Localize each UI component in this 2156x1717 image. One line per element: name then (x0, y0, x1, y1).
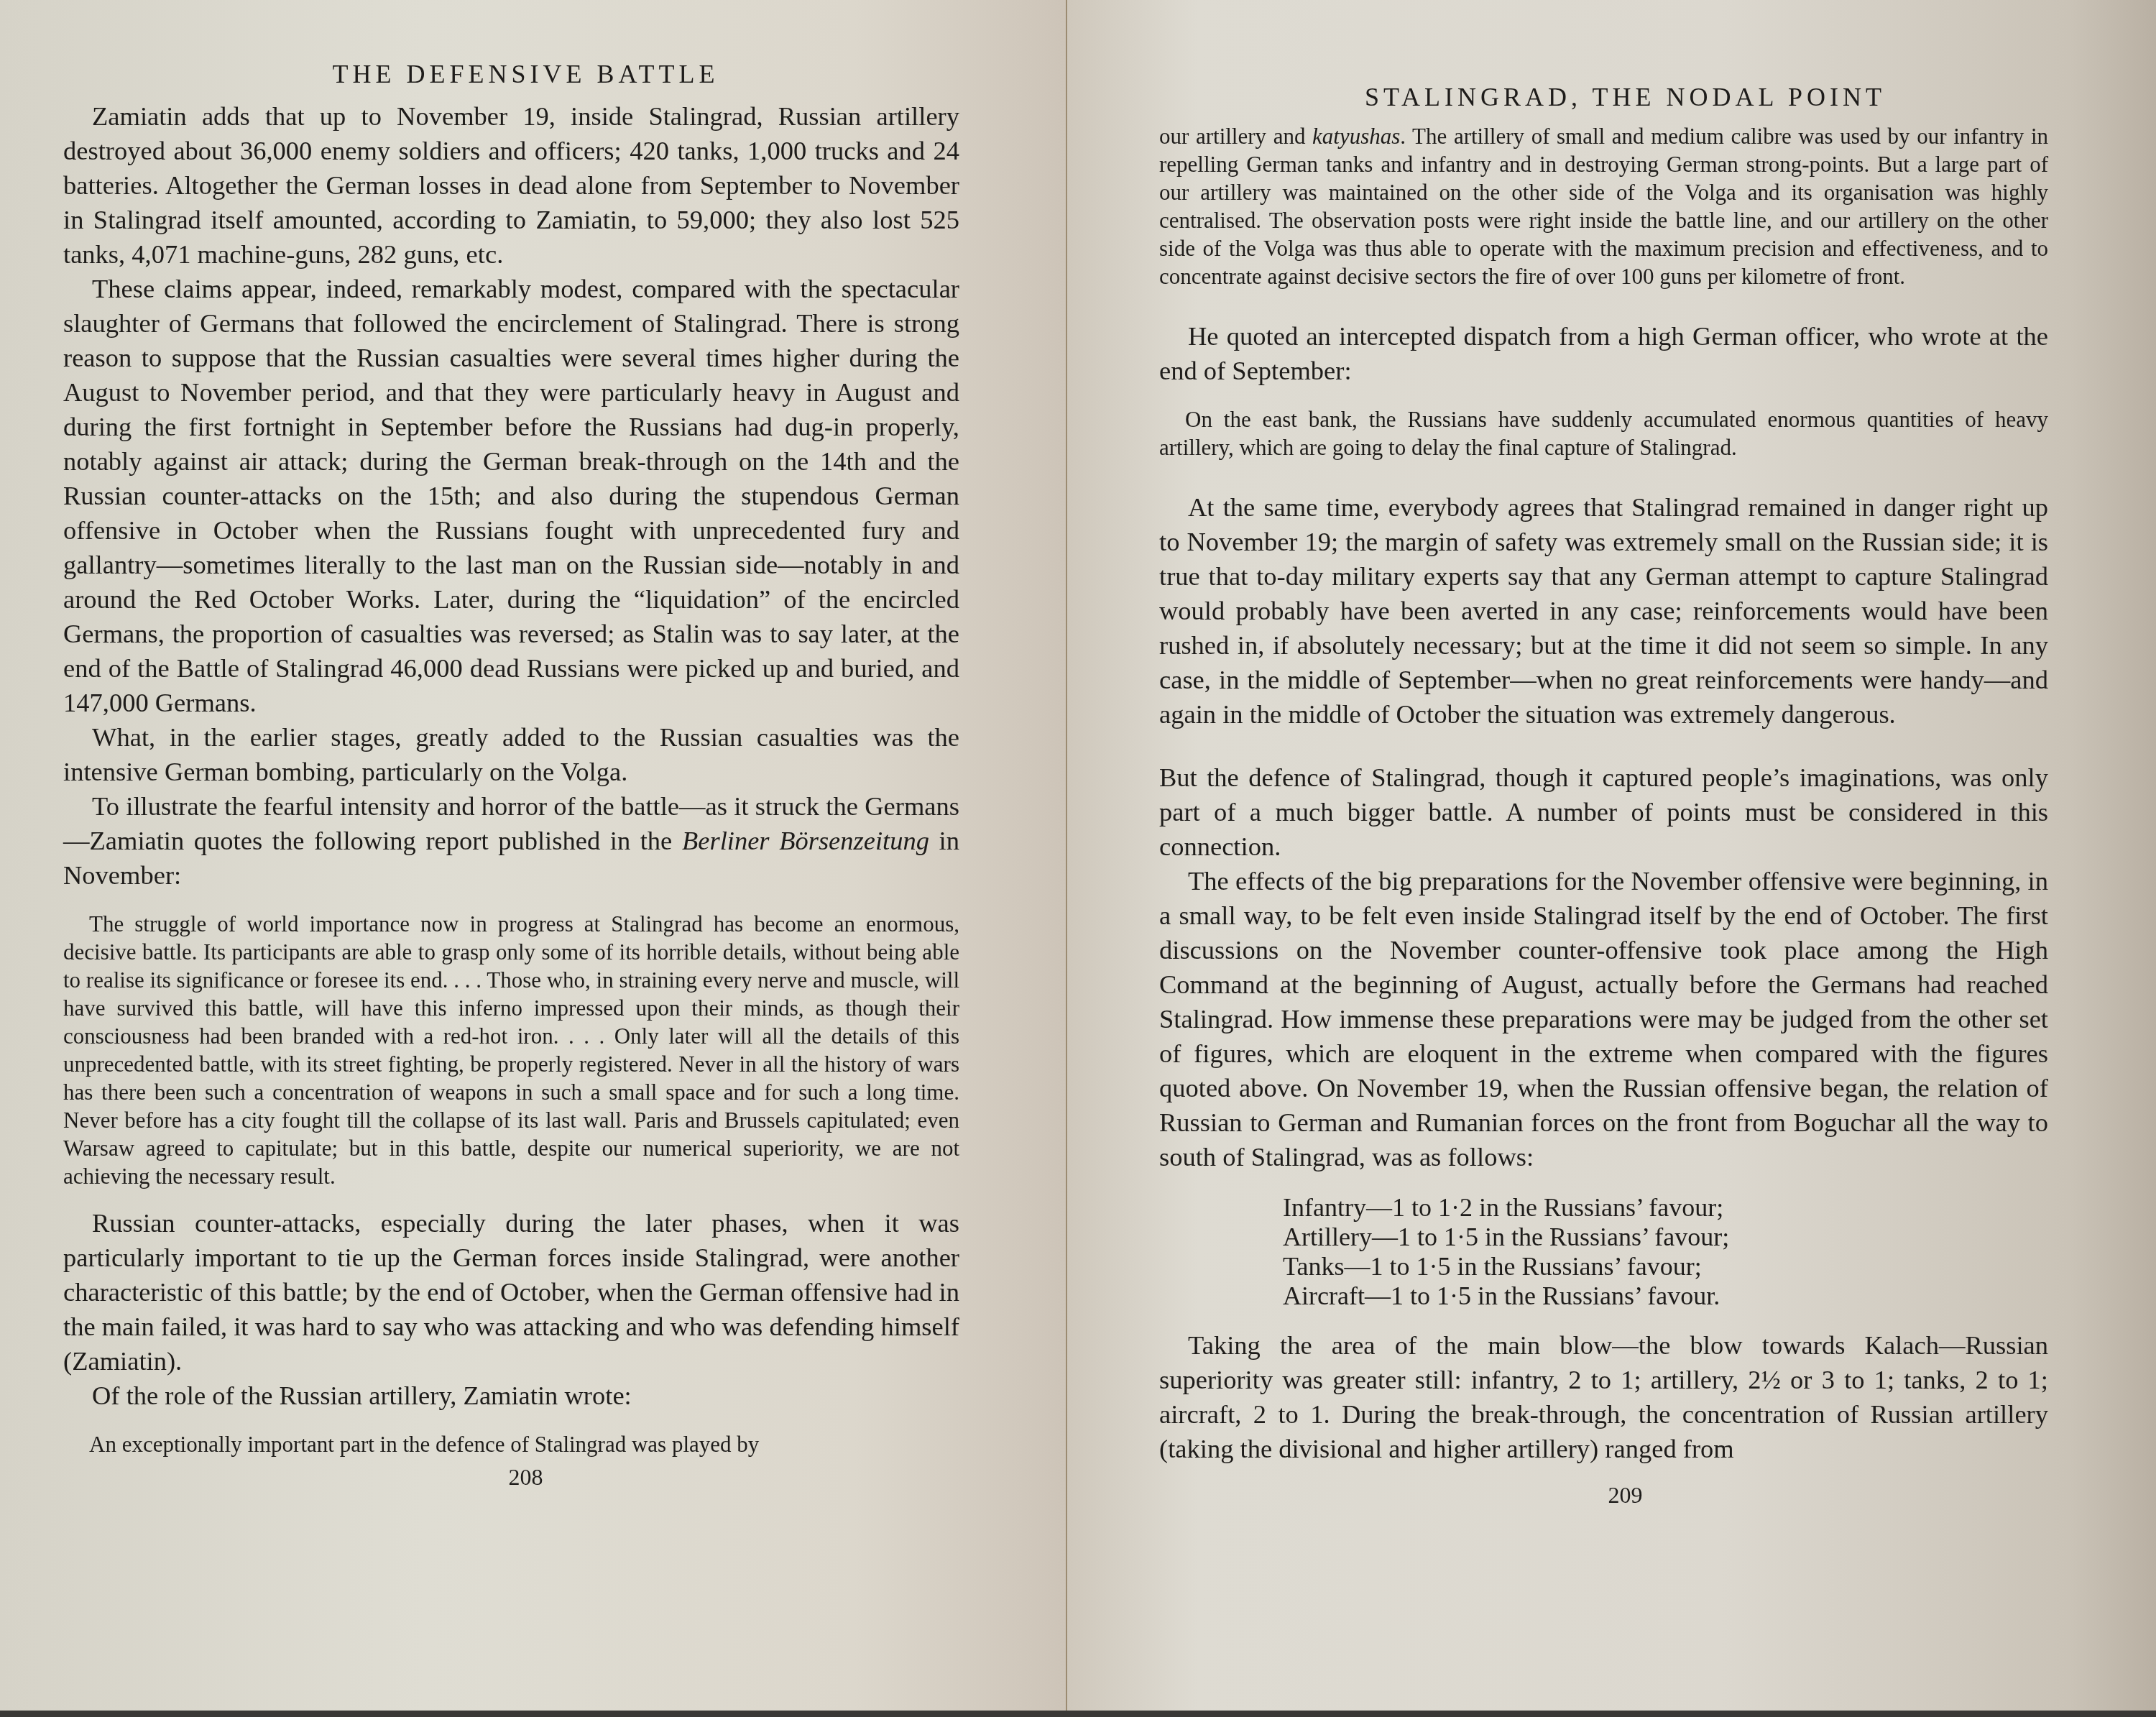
paragraph-main-blow: Taking the area of the main blow—the blo… (1159, 1328, 2048, 1466)
block-quote-borsenzeitung: The struggle of world importance now in … (63, 910, 959, 1190)
book-bottom-edge (0, 1711, 2156, 1717)
block-quote-dispatch: On the east bank, the Russians have sudd… (1159, 405, 2048, 461)
block-quote-artillery-start: An exceptionally important part in the d… (63, 1430, 959, 1458)
page-number-left: 208 (63, 1464, 959, 1491)
paragraph-danger: At the same time, everybody agrees that … (1159, 490, 2048, 732)
paragraph-claims-modest: These claims appear, indeed, remarkably … (63, 272, 959, 720)
paragraph-bombing: What, in the earlier stages, greatly add… (63, 720, 959, 789)
running-head-left: THE DEFENSIVE BATTLE (63, 59, 959, 89)
katyushas-term: katyushas (1312, 124, 1400, 149)
paragraph-dispatch: He quoted an intercepted dispatch from a… (1159, 319, 2048, 388)
force-ratio-list: Infantry—1 to 1·2 in the Russians’ favou… (1283, 1193, 2048, 1311)
quote-text: our artillery and (1159, 124, 1312, 149)
paragraph-artillery-intro: Of the role of the Russian artillery, Za… (63, 1378, 959, 1413)
ratio-artillery: Artillery—1 to 1·5 in the Russians’ favo… (1283, 1223, 2048, 1252)
open-book-spread: THE DEFENSIVE BATTLE Zamiatin adds that … (0, 0, 2156, 1717)
right-page: STALINGRAD, THE NODAL POINT our artiller… (1067, 0, 2156, 1711)
newspaper-title: Berliner Börsenzeitung (682, 826, 929, 855)
paragraph-zamiatin-losses: Zamiatin adds that up to November 19, in… (63, 99, 959, 272)
block-quote-artillery-continued: our artillery and katyushas. The artille… (1159, 122, 2048, 290)
page-number-right: 209 (1159, 1482, 2048, 1509)
paragraph-quote-intro: To illustrate the fearful intensity and … (63, 789, 959, 893)
left-page: THE DEFENSIVE BATTLE Zamiatin adds that … (0, 0, 1067, 1711)
paragraph-preparations: The effects of the big preparations for … (1159, 864, 2048, 1174)
paragraph-counter-attacks: Russian counter-attacks, especially duri… (63, 1206, 959, 1378)
ratio-infantry: Infantry—1 to 1·2 in the Russians’ favou… (1283, 1193, 2048, 1223)
ratio-tanks: Tanks—1 to 1·5 in the Russians’ favour; (1283, 1252, 2048, 1281)
running-head-right: STALINGRAD, THE NODAL POINT (1159, 82, 2048, 112)
paragraph-bigger-battle: But the defence of Stalingrad, though it… (1159, 760, 2048, 864)
ratio-aircraft: Aircraft—1 to 1·5 in the Russians’ favou… (1283, 1281, 2048, 1311)
